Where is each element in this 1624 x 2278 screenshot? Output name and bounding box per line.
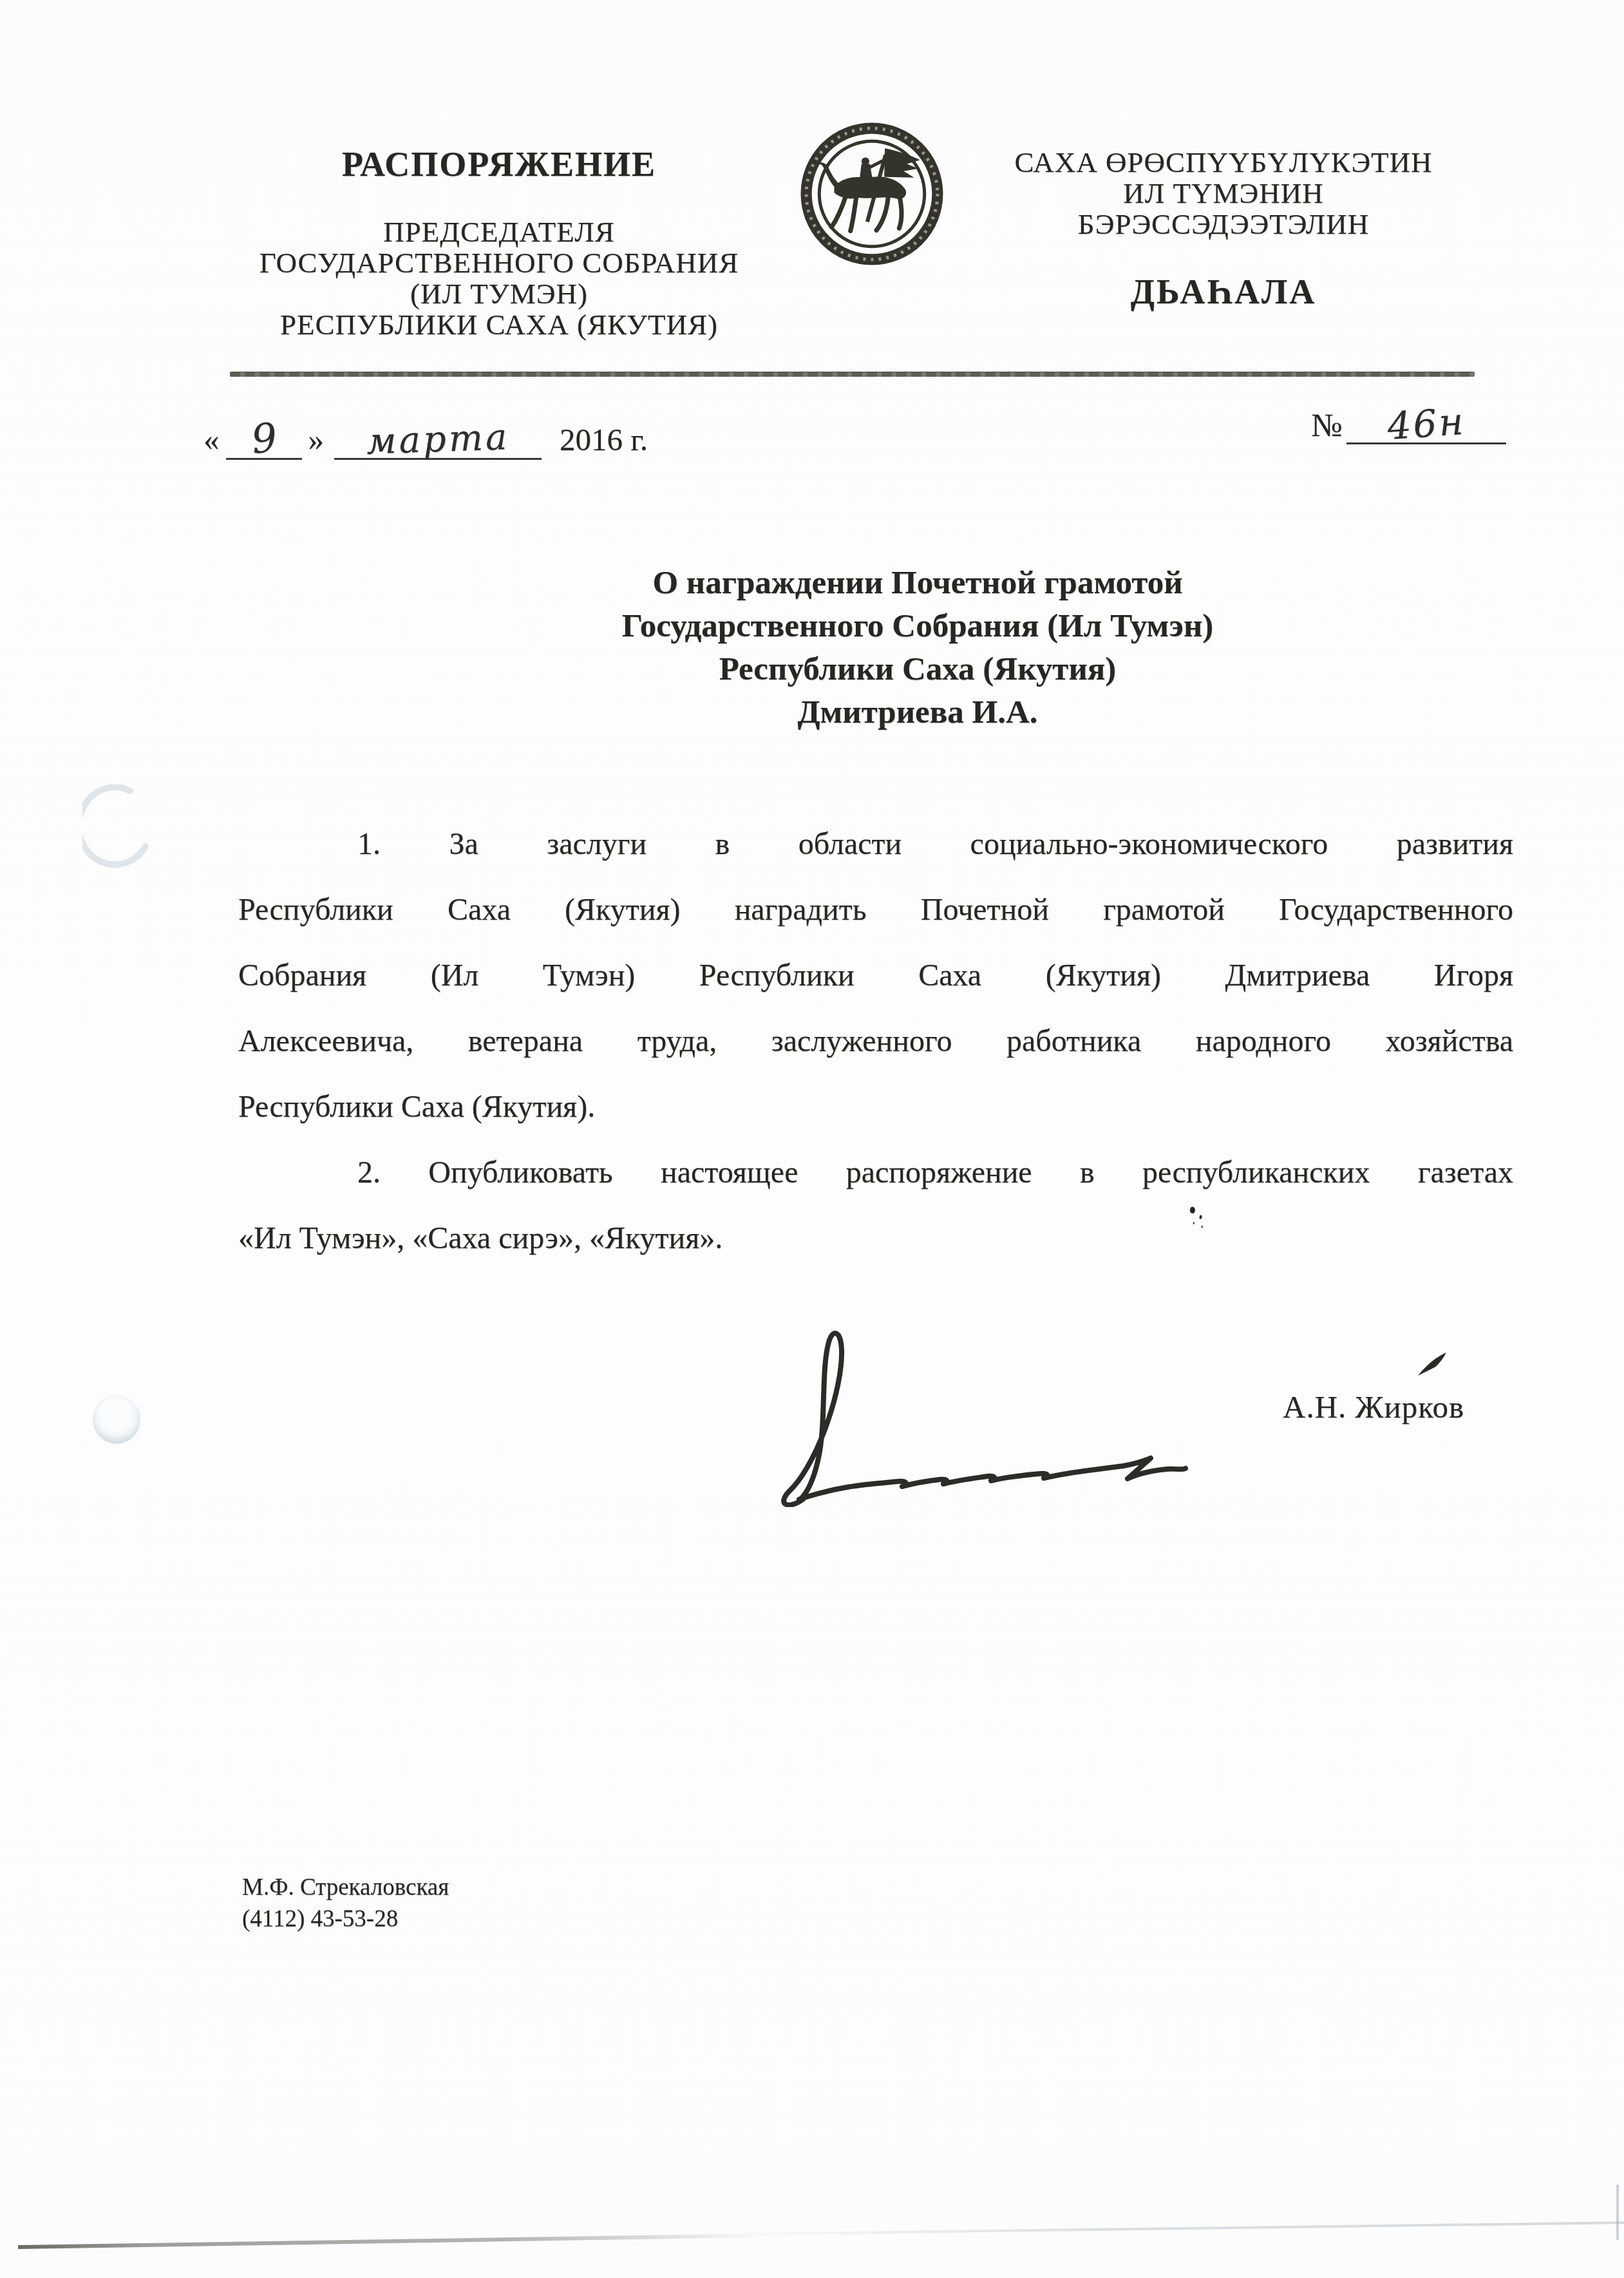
document-title: О награждении Почетной грамотой Государс…	[419, 562, 1417, 734]
executor-block: М.Ф. Стрекаловская (4112) 43-53-28	[242, 1872, 449, 1935]
title-line-2: Государственного Собрания (Ил Тумэн)	[419, 605, 1417, 648]
executor-name: М.Ф. Стрекаловская	[242, 1872, 449, 1903]
hole-punch-mark-bottom	[93, 1395, 140, 1444]
day-handwritten: 9	[249, 413, 279, 463]
paragraph-1-line-1: 1. За заслуги в области социально-эконом…	[238, 812, 1513, 877]
page-bottom-edge-shadow	[18, 2234, 765, 2249]
page-bottom-edge-faint	[741, 2221, 1624, 2235]
issuer-sakha-line-3: БЭРЭССЭДЭЭТЭЛИН	[940, 209, 1507, 240]
issuer-sakha-line-1: САХА ӨРӨСПҮҮБҮЛҮКЭТИН	[940, 147, 1507, 178]
document-type-russian: РАСПОРЯЖЕНИЕ	[209, 146, 789, 183]
title-line-4: Дмитриева И.А.	[419, 691, 1417, 734]
hole-punch-arc	[82, 787, 146, 864]
day-blank-line: 9	[226, 412, 302, 460]
year-label: 2016 г.	[560, 421, 648, 460]
paragraph-1-line-2: Республики Саха (Якутия) наградить Почет…	[238, 877, 1513, 943]
document-body: 1. За заслуги в области социально-эконом…	[238, 812, 1513, 1271]
paragraph-1-line-5: Республики Саха (Якутия).	[238, 1074, 1513, 1140]
signer-name: А.Н. Жирков	[1283, 1389, 1464, 1425]
hole-punch-mark-top	[82, 784, 153, 894]
header-right-block: САХА ӨРӨСПҮҮБҮЛҮКЭТИН ИЛ ТҮМЭНИН БЭРЭССЭ…	[940, 147, 1507, 310]
il-tumen-seal-horseman-with-banner-icon	[800, 121, 943, 267]
date-line: « 9 » марта 2016 г.	[203, 411, 648, 460]
issuer-line-3: (ИЛ ТУМЭН)	[209, 278, 789, 309]
number-blank-line: 46н	[1346, 404, 1506, 444]
month-blank-line: марта	[334, 412, 542, 460]
close-quote: »	[308, 421, 325, 460]
open-quote: «	[203, 421, 220, 460]
issuer-line-2: ГОСУДАРСТВЕННОГО СОБРАНИЯ	[209, 247, 789, 278]
paragraph-2-line-2: «Ил Тумэн», «Саха сирэ», «Якутия».	[238, 1206, 1513, 1271]
title-line-3: Республики Саха (Якутия)	[419, 648, 1417, 691]
chairman-signature-stroke	[763, 1314, 1252, 1507]
title-line-1: О награждении Почетной грамотой	[419, 562, 1417, 605]
header-left-block: РАСПОРЯЖЕНИЕ ПРЕДСЕДАТЕЛЯ ГОСУДАРСТВЕННО…	[209, 146, 789, 340]
number-line: № 46н	[1311, 403, 1506, 444]
page-right-edge-shadow	[1616, 2185, 1619, 2240]
paragraph-1-line-4: Алексеевича, ветерана труда, заслуженног…	[238, 1009, 1513, 1074]
number-handwritten: 46н	[1386, 399, 1466, 448]
signature-loop	[784, 1333, 842, 1505]
pen-tick-mark	[1414, 1350, 1449, 1380]
issuer-sakha-line-2: ИЛ ТҮМЭНИН	[940, 178, 1507, 209]
number-sign: №	[1311, 407, 1343, 444]
scanned-document-page: РАСПОРЯЖЕНИЕ ПРЕДСЕДАТЕЛЯ ГОСУДАРСТВЕННО…	[0, 0, 1624, 2278]
executor-phone: (4112) 43-53-28	[242, 1903, 449, 1935]
paragraph-1-line-3: Собрания (Ил Тумэн) Республики Саха (Яку…	[238, 943, 1513, 1009]
document-type-sakha: ДЬАҺАЛА	[940, 273, 1507, 310]
header-divider-rule	[230, 372, 1475, 377]
issuer-line-1: ПРЕДСЕДАТЕЛЯ	[209, 216, 789, 247]
paragraph-2-line-1: 2. Опубликовать настоящее распоряжение в…	[238, 1140, 1513, 1206]
signature-tail	[799, 1458, 1185, 1499]
month-handwritten: марта	[366, 416, 510, 463]
issuer-line-4: РЕСПУБЛИКИ САХА (ЯКУТИЯ)	[209, 309, 789, 340]
